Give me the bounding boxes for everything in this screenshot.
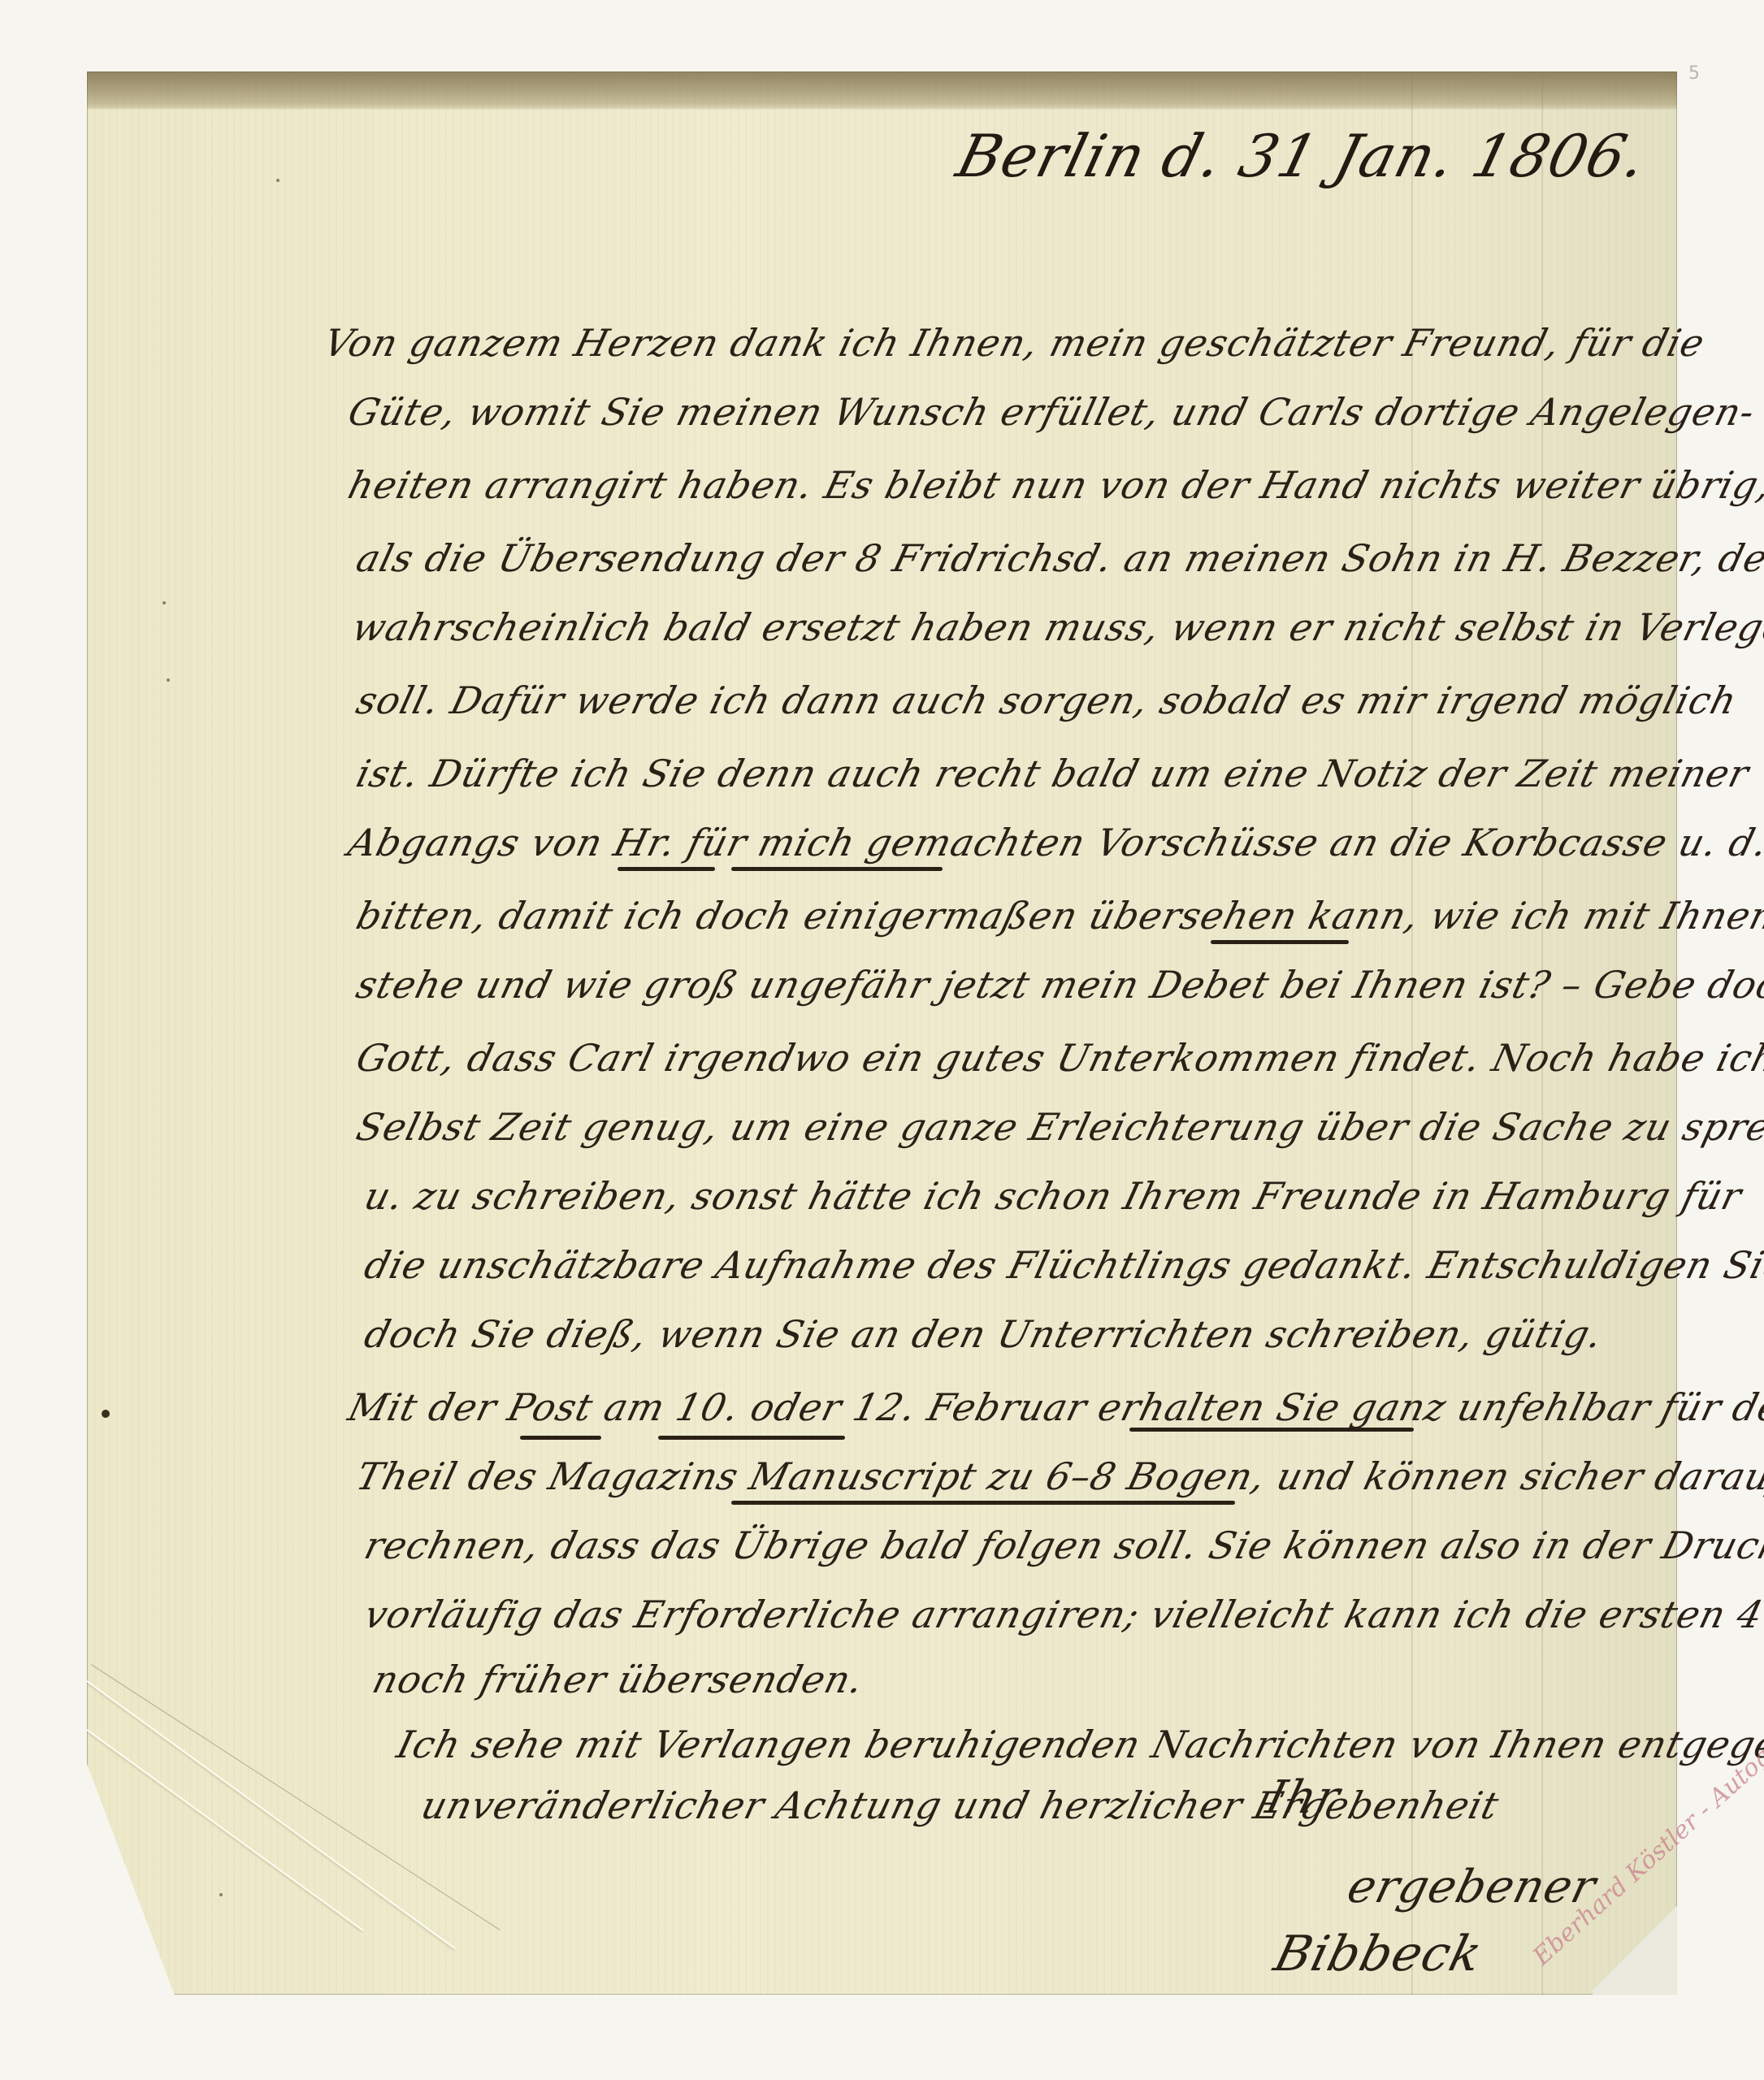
body-line: noch früher übersenden. — [368, 1657, 869, 1701]
paper-speck — [167, 678, 170, 682]
paper-speck — [219, 1893, 223, 1896]
closing-line: Ihr — [1261, 1771, 1346, 1824]
top-edge-stain — [87, 71, 1677, 109]
closing-line: ergebener — [1342, 1861, 1601, 1913]
body-line: die unschätzbare Aufnahme des Flüchtling… — [360, 1243, 1764, 1287]
body-line: vorläufig das Erforderliche arrangiren; … — [360, 1592, 1764, 1636]
underline-stroke — [520, 1436, 601, 1440]
date-line: Berlin d. 31 Jan. 1806. — [951, 122, 1654, 190]
underline-stroke — [1129, 1428, 1414, 1432]
body-line: Abgangs von Hr. für mich gemachten Vorsc… — [344, 821, 1764, 864]
body-line: Gott, dass Carl irgendwo ein gutes Unter… — [352, 1036, 1764, 1080]
underline-stroke — [1211, 940, 1349, 944]
body-line: Selbst Zeit genug, um eine ganze Erleich… — [352, 1105, 1764, 1149]
body-line: bitten, damit ich doch einigermaßen über… — [352, 894, 1764, 938]
body-line: wahrscheinlich bald ersetzt haben muss, … — [348, 605, 1764, 649]
underline-stroke — [731, 1501, 1235, 1505]
body-line: doch Sie dieß, wenn Sie an den Unterrich… — [360, 1312, 1607, 1356]
body-line: u. zu schreiben, sonst hätte ich schon I… — [360, 1174, 1746, 1218]
paper-speck — [163, 601, 166, 604]
underline-stroke — [731, 867, 943, 871]
underline-stroke — [658, 1436, 845, 1440]
body-line: Mit der Post am 10. oder 12. Februar erh… — [344, 1385, 1764, 1429]
ink-dot — [102, 1410, 110, 1418]
corner-crease — [86, 1729, 363, 1930]
underline-stroke — [618, 867, 715, 871]
paper-speck — [276, 179, 280, 182]
body-line: ist. Dürfte ich Sie denn auch recht bald… — [352, 752, 1753, 795]
body-line: als die Übersendung der 8 Fridrichsd. an… — [352, 536, 1764, 580]
corner-crease — [86, 1680, 455, 1949]
body-line: Ich sehe mit Verlangen beruhigenden Nach… — [392, 1722, 1764, 1766]
body-line: stehe und wie groß ungefähr jetzt mein D… — [352, 963, 1764, 1007]
body-line: Güte, womit Sie meinen Wunsch erfüllet, … — [344, 390, 1759, 434]
body-line: Theil des Magazins Manuscript zu 6–8 Bog… — [352, 1454, 1764, 1498]
body-line: rechnen, dass das Übrige bald folgen sol… — [360, 1523, 1764, 1567]
body-line: soll. Dafür werde ich dann auch sorgen, … — [352, 678, 1741, 722]
body-line: Von ganzem Herzen dank ich Ihnen, mein g… — [319, 321, 1710, 365]
signature: Bibbeck — [1268, 1926, 1488, 1982]
body-line: heiten arrangirt haben. Es bleibt nun vo… — [344, 463, 1764, 507]
pencil-page-mark: 5 — [1688, 63, 1700, 84]
